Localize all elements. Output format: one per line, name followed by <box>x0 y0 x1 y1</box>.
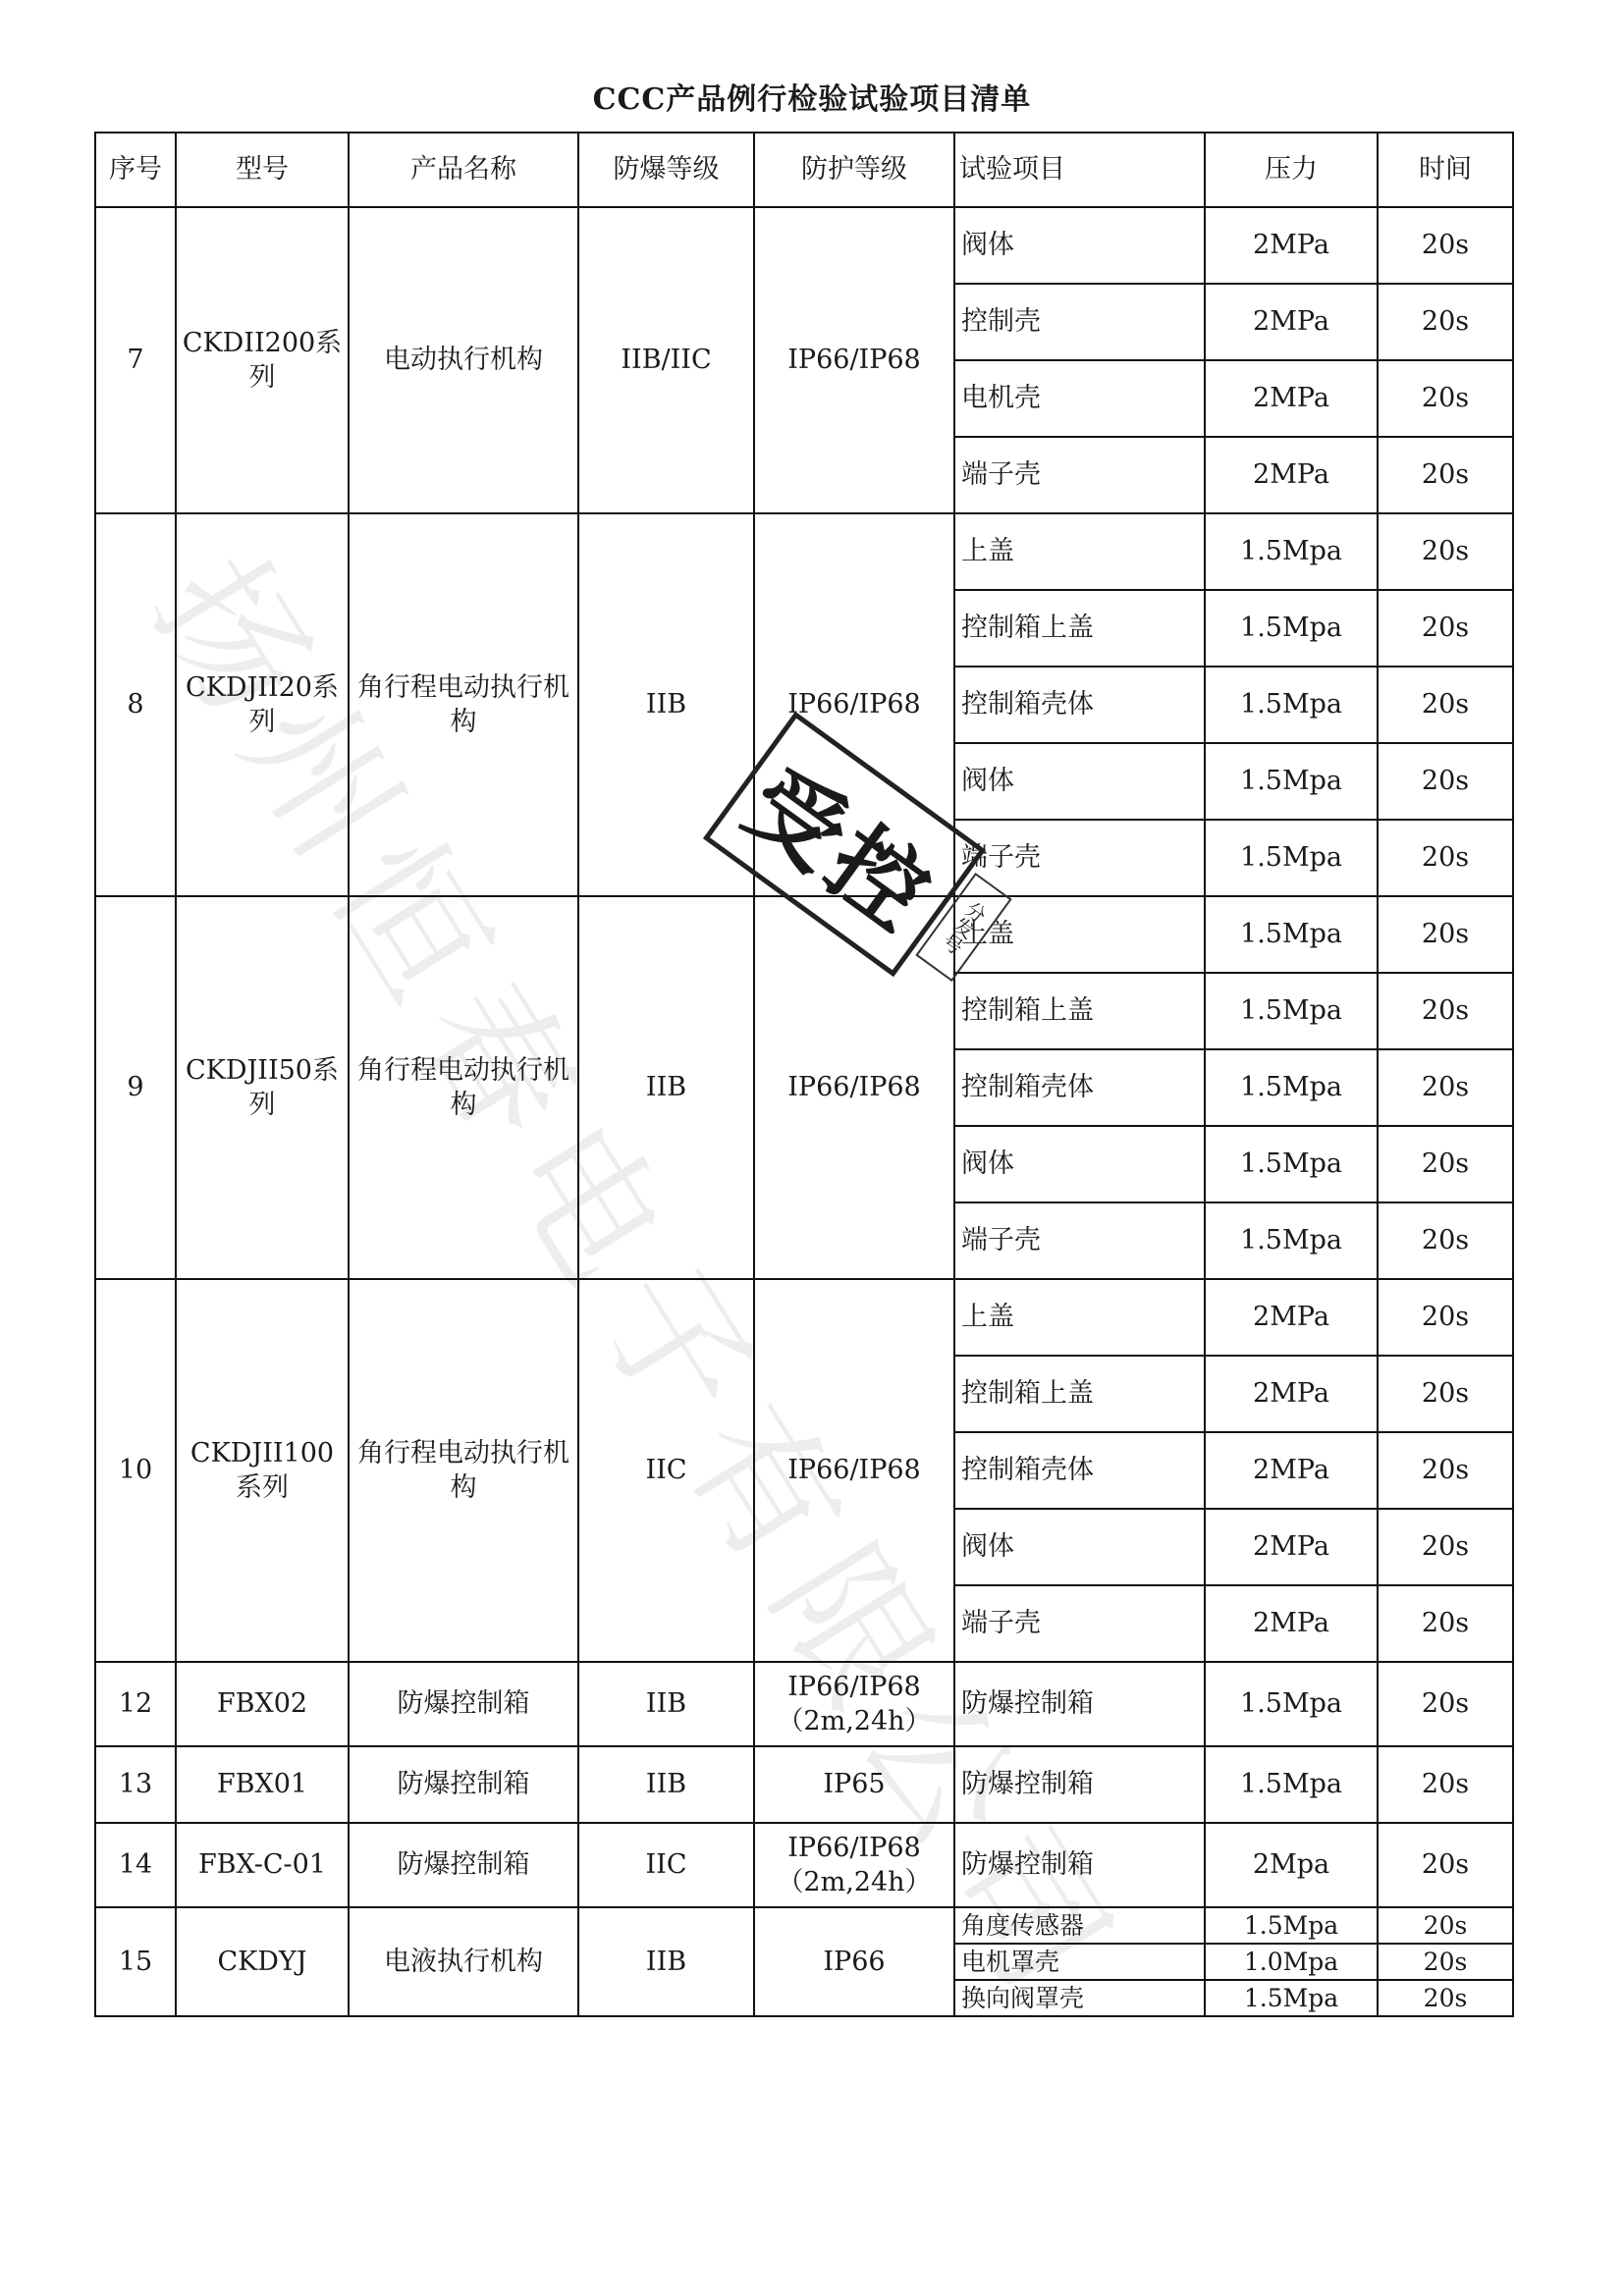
time-cell: 20s <box>1378 1279 1513 1356</box>
table-row: 10CKDJII100系列角行程电动执行机构IICIP66/IP68上盖2MPa… <box>95 1279 1513 1356</box>
pressure-cell: 1.5Mpa <box>1205 1202 1378 1279</box>
time-cell: 20s <box>1378 590 1513 667</box>
header-ex-grade: 防爆等级 <box>578 133 754 207</box>
test-item-cell: 控制箱上盖 <box>954 1356 1205 1432</box>
time-cell: 20s <box>1378 1049 1513 1126</box>
test-item-cell: 阀体 <box>954 1509 1205 1585</box>
product-name-cell: 电液执行机构 <box>349 1907 578 2016</box>
ex-grade-cell: IIB <box>578 1746 754 1823</box>
model-cell: CKDJII20系列 <box>176 513 349 896</box>
time-cell: 20s <box>1378 360 1513 437</box>
time-cell: 20s <box>1378 1746 1513 1823</box>
test-item-cell: 电机罩壳 <box>954 1944 1205 1980</box>
header-time: 时间 <box>1378 133 1513 207</box>
model-cell: FBX-C-01 <box>176 1823 349 1907</box>
time-cell: 20s <box>1378 1585 1513 1662</box>
pressure-cell: 1.5Mpa <box>1205 820 1378 896</box>
time-cell: 20s <box>1378 1980 1513 2016</box>
test-item-cell: 端子壳 <box>954 1202 1205 1279</box>
test-item-cell: 控制箱上盖 <box>954 973 1205 1049</box>
header-row: 序号 型号 产品名称 防爆等级 防护等级 试验项目 压力 时间 <box>95 133 1513 207</box>
test-item-cell: 阀体 <box>954 207 1205 284</box>
pressure-cell: 2Mpa <box>1205 1823 1378 1907</box>
header-pressure: 压力 <box>1205 133 1378 207</box>
table-row: 12FBX02防爆控制箱IIBIP66/IP68（2m,24h）防爆控制箱1.5… <box>95 1662 1513 1746</box>
table-row: 8CKDJII20系列角行程电动执行机构IIBIP66/IP68上盖1.5Mpa… <box>95 513 1513 590</box>
model-cell: CKDII200系列 <box>176 207 349 513</box>
pressure-cell: 1.5Mpa <box>1205 1126 1378 1202</box>
row-number: 7 <box>95 207 176 513</box>
time-cell: 20s <box>1378 973 1513 1049</box>
pressure-cell: 2MPa <box>1205 207 1378 284</box>
pressure-cell: 1.5Mpa <box>1205 667 1378 743</box>
time-cell: 20s <box>1378 513 1513 590</box>
time-cell: 20s <box>1378 1202 1513 1279</box>
ip-grade-cell: IP66/IP68（2m,24h） <box>754 1662 954 1746</box>
pressure-cell: 1.0Mpa <box>1205 1944 1378 1980</box>
ip-grade-cell: IP66/IP68 <box>754 207 954 513</box>
pressure-cell: 1.5Mpa <box>1205 1980 1378 2016</box>
test-item-cell: 控制箱上盖 <box>954 590 1205 667</box>
test-item-cell: 阀体 <box>954 743 1205 820</box>
pressure-cell: 2MPa <box>1205 1432 1378 1509</box>
ex-grade-cell: IIB/IIC <box>578 207 754 513</box>
table-row: 14FBX-C-01防爆控制箱IICIP66/IP68（2m,24h）防爆控制箱… <box>95 1823 1513 1907</box>
pressure-cell: 1.5Mpa <box>1205 513 1378 590</box>
row-number: 14 <box>95 1823 176 1907</box>
product-name-cell: 防爆控制箱 <box>349 1746 578 1823</box>
test-item-cell: 端子壳 <box>954 1585 1205 1662</box>
ip-grade-cell: IP66/IP68（2m,24h） <box>754 1823 954 1907</box>
header-ip-grade: 防护等级 <box>754 133 954 207</box>
row-number: 9 <box>95 896 176 1279</box>
row-number: 10 <box>95 1279 176 1662</box>
header-name: 产品名称 <box>349 133 578 207</box>
model-cell: CKDJII100系列 <box>176 1279 349 1662</box>
pressure-cell: 1.5Mpa <box>1205 1662 1378 1746</box>
model-cell: CKDJII50系列 <box>176 896 349 1279</box>
row-number: 8 <box>95 513 176 896</box>
time-cell: 20s <box>1378 1432 1513 1509</box>
model-cell: FBX01 <box>176 1746 349 1823</box>
pressure-cell: 1.5Mpa <box>1205 590 1378 667</box>
time-cell: 20s <box>1378 1509 1513 1585</box>
header-no: 序号 <box>95 133 176 207</box>
time-cell: 20s <box>1378 1126 1513 1202</box>
test-item-cell: 防爆控制箱 <box>954 1823 1205 1907</box>
time-cell: 20s <box>1378 1662 1513 1746</box>
time-cell: 20s <box>1378 896 1513 973</box>
time-cell: 20s <box>1378 284 1513 360</box>
test-item-cell: 控制箱壳体 <box>954 667 1205 743</box>
pressure-cell: 2MPa <box>1205 1279 1378 1356</box>
table-row: 13FBX01防爆控制箱IIBIP65防爆控制箱1.5Mpa20s <box>95 1746 1513 1823</box>
model-cell: FBX02 <box>176 1662 349 1746</box>
ip-grade-cell: IP66/IP68 <box>754 1279 954 1662</box>
test-item-cell: 控制箱壳体 <box>954 1049 1205 1126</box>
ex-grade-cell: IIB <box>578 1662 754 1746</box>
time-cell: 20s <box>1378 1356 1513 1432</box>
time-cell: 20s <box>1378 207 1513 284</box>
test-item-cell: 电机壳 <box>954 360 1205 437</box>
product-name-cell: 角行程电动执行机构 <box>349 896 578 1279</box>
pressure-cell: 2MPa <box>1205 1585 1378 1662</box>
test-item-cell: 阀体 <box>954 1126 1205 1202</box>
ex-grade-cell: IIB <box>578 1907 754 2016</box>
pressure-cell: 2MPa <box>1205 1509 1378 1585</box>
pressure-cell: 1.5Mpa <box>1205 973 1378 1049</box>
header-test-item: 试验项目 <box>954 133 1205 207</box>
test-item-cell: 防爆控制箱 <box>954 1746 1205 1823</box>
time-cell: 20s <box>1378 1823 1513 1907</box>
header-model: 型号 <box>176 133 349 207</box>
pressure-cell: 1.5Mpa <box>1205 1907 1378 1944</box>
pressure-cell: 2MPa <box>1205 360 1378 437</box>
test-item-cell: 端子壳 <box>954 437 1205 513</box>
pressure-cell: 1.5Mpa <box>1205 743 1378 820</box>
page-title: CCC产品例行检验试验项目清单 <box>0 75 1624 118</box>
product-name-cell: 电动执行机构 <box>349 207 578 513</box>
test-item-cell: 上盖 <box>954 513 1205 590</box>
time-cell: 20s <box>1378 437 1513 513</box>
product-name-cell: 防爆控制箱 <box>349 1662 578 1746</box>
time-cell: 20s <box>1378 1944 1513 1980</box>
test-item-cell: 控制壳 <box>954 284 1205 360</box>
pressure-cell: 2MPa <box>1205 437 1378 513</box>
pressure-cell: 1.5Mpa <box>1205 1049 1378 1126</box>
ex-grade-cell: IIC <box>578 1279 754 1662</box>
time-cell: 20s <box>1378 820 1513 896</box>
row-number: 12 <box>95 1662 176 1746</box>
ex-grade-cell: IIC <box>578 1823 754 1907</box>
ip-grade-cell: IP65 <box>754 1746 954 1823</box>
pressure-cell: 2MPa <box>1205 284 1378 360</box>
product-name-cell: 角行程电动执行机构 <box>349 513 578 896</box>
test-item-cell: 控制箱壳体 <box>954 1432 1205 1509</box>
model-cell: CKDYJ <box>176 1907 349 2016</box>
table-row: 7CKDII200系列电动执行机构IIB/IICIP66/IP68阀体2MPa2… <box>95 207 1513 284</box>
pressure-cell: 1.5Mpa <box>1205 1746 1378 1823</box>
inspection-table: 序号 型号 产品名称 防爆等级 防护等级 试验项目 压力 时间 7CKDII20… <box>94 132 1514 2017</box>
time-cell: 20s <box>1378 1907 1513 1944</box>
pressure-cell: 1.5Mpa <box>1205 896 1378 973</box>
row-number: 13 <box>95 1746 176 1823</box>
time-cell: 20s <box>1378 667 1513 743</box>
product-name-cell: 防爆控制箱 <box>349 1823 578 1907</box>
pressure-cell: 2MPa <box>1205 1356 1378 1432</box>
test-item-cell: 防爆控制箱 <box>954 1662 1205 1746</box>
table-row: 15CKDYJ电液执行机构IIBIP66角度传感器1.5Mpa20s <box>95 1907 1513 1944</box>
ip-grade-cell: IP66 <box>754 1907 954 2016</box>
test-item-cell: 上盖 <box>954 1279 1205 1356</box>
product-name-cell: 角行程电动执行机构 <box>349 1279 578 1662</box>
row-number: 15 <box>95 1907 176 2016</box>
time-cell: 20s <box>1378 743 1513 820</box>
test-item-cell: 换向阀罩壳 <box>954 1980 1205 2016</box>
test-item-cell: 角度传感器 <box>954 1907 1205 1944</box>
ex-grade-cell: IIB <box>578 896 754 1279</box>
